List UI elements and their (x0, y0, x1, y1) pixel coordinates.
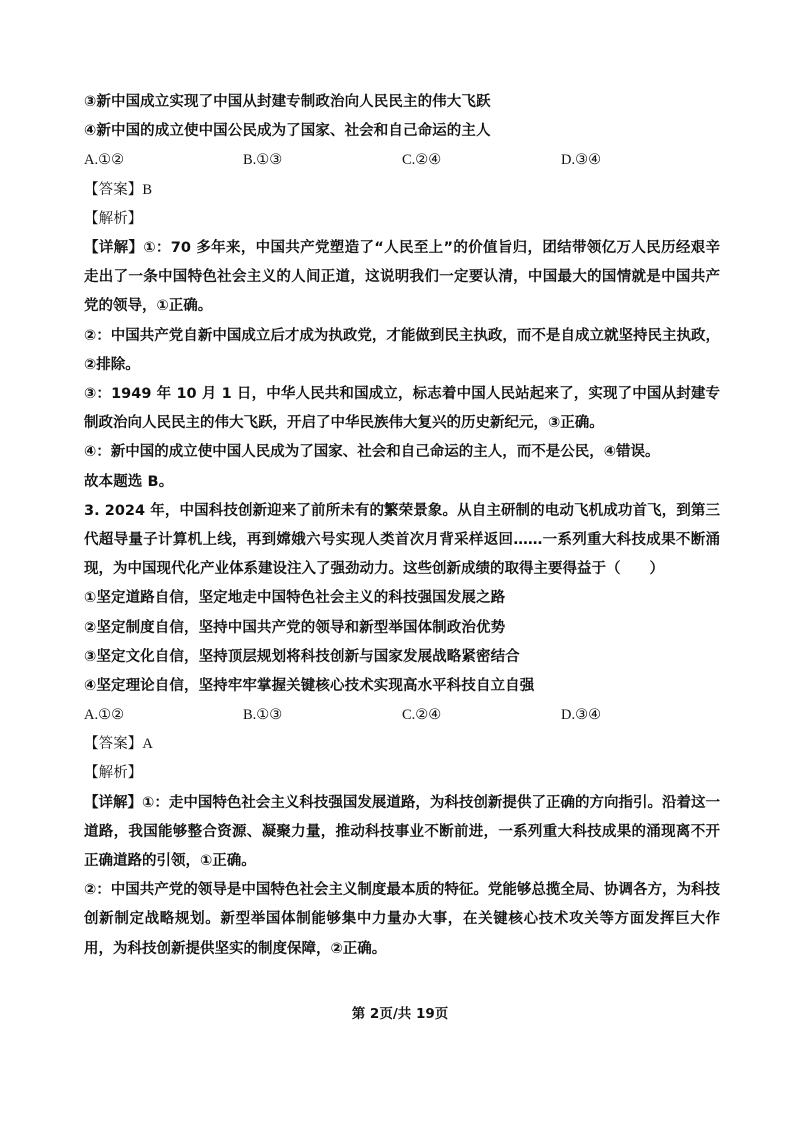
page-footer: 第 2页/共 19页 (0, 1002, 800, 1022)
answer-value: B (142, 182, 152, 198)
q2-option-c: C.②④ (402, 146, 561, 175)
q2-option-d: D.③④ (561, 146, 720, 175)
answer-label: 【答案】 (84, 736, 142, 752)
q3-detail-2: ②：中国共产党的领导是中国特色社会主义制度最本质的特征。党能够总揽全局、协调各方… (84, 876, 720, 964)
answer-value: A (142, 736, 153, 752)
q2-detail-1: 【详解】①：70 多年来，中国共产党塑造了“人民至上”的价值旨归，团结带领亿万人… (84, 234, 720, 322)
q3-statement-1: ①坚定道路自信，坚定地走中国特色社会主义的科技强国发展之路 (84, 584, 720, 613)
q2-analysis-label: 【解析】 (84, 205, 720, 234)
q3-analysis-label: 【解析】 (84, 759, 720, 788)
q3-options: A.①② B.①③ C.②④ D.③④ (84, 701, 720, 730)
q3-option-b: B.①③ (243, 701, 402, 730)
q2-option-a: A.①② (84, 146, 243, 175)
q2-detail-2: ②：中国共产党自新中国成立后才成为执政党，才能做到民主执政，而不是自成立就坚持民… (84, 322, 720, 380)
q2-detail-3: ③：1949 年 10 月 1 日，中华人民共和国成立，标志着中国人民站起来了，… (84, 380, 720, 438)
q2-conclusion: 故本题选 B。 (84, 468, 720, 497)
document-page: ③新中国成立实现了中国从封建专制政治向人民民主的伟大飞跃 ④新中国的成立使中国公… (84, 88, 720, 964)
q3-option-c: C.②④ (402, 701, 561, 730)
q2-answer: 【答案】B (84, 176, 720, 205)
q3-answer: 【答案】A (84, 730, 720, 759)
statement-4: ④新中国的成立使中国公民成为了国家、社会和自己命运的主人 (84, 117, 720, 146)
detail-label: 【详解】 (84, 240, 143, 256)
q3-statement-2: ②坚定制度自信，坚持中国共产党的领导和新型举国体制政治优势 (84, 614, 720, 643)
q3-statement-4: ④坚定理论自信，坚持牢牢掌握关键核心技术实现高水平科技自立自强 (84, 672, 720, 701)
answer-label: 【答案】 (84, 182, 142, 198)
q3-option-a: A.①② (84, 701, 243, 730)
q3-stem: 3. 2024 年，中国科技创新迎来了前所未有的繁荣景象。从自主研制的电动飞机成… (84, 497, 720, 585)
q2-options: A.①② B.①③ C.②④ D.③④ (84, 146, 720, 175)
detail-label: 【详解】 (84, 795, 142, 811)
q3-option-d: D.③④ (561, 701, 720, 730)
q3-detail-1: 【详解】①：走中国特色社会主义科技强国发展道路，为科技创新提供了正确的方向指引。… (84, 789, 720, 877)
statement-3: ③新中国成立实现了中国从封建专制政治向人民民主的伟大飞跃 (84, 88, 720, 117)
q3-statement-3: ③坚定文化自信，坚持顶层规划将科技创新与国家发展战略紧密结合 (84, 643, 720, 672)
q2-option-b: B.①③ (243, 146, 402, 175)
q2-detail-4: ④：新中国的成立使中国人民成为了国家、社会和自己命运的主人，而不是公民，④错误。 (84, 438, 720, 467)
